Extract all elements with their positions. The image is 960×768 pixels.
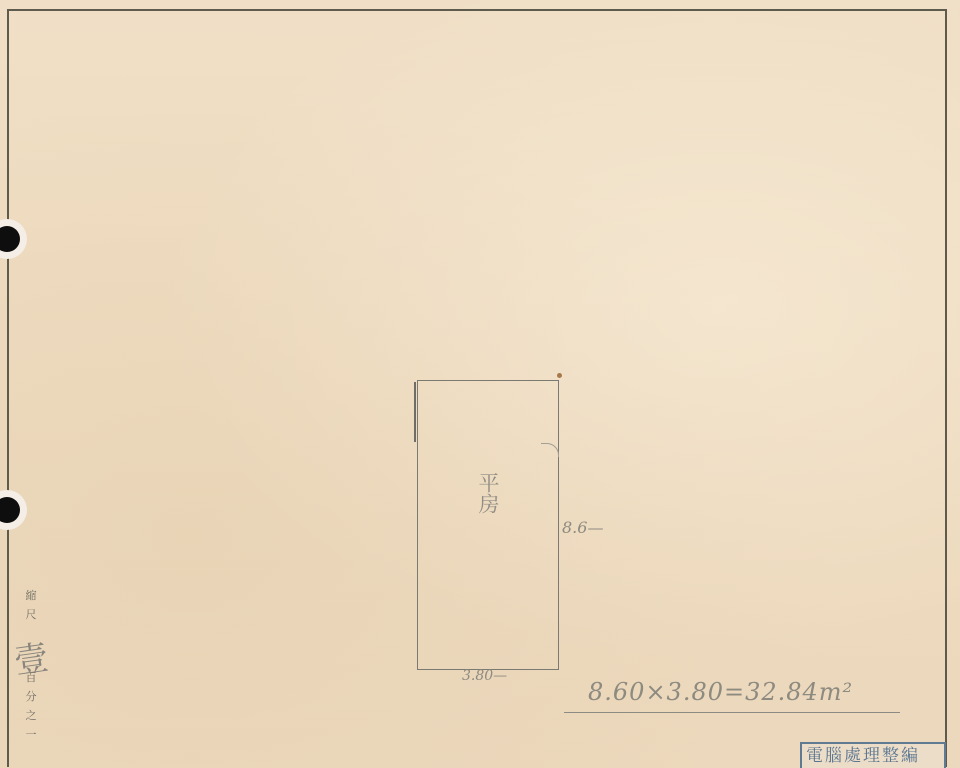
archive-stamp: 電腦處理整編 xyxy=(800,742,946,768)
scale-label: 縮 尺 xyxy=(18,586,44,624)
scale-char: 百 xyxy=(18,668,44,687)
area-calculation: 8.60×3.80=32.84m² xyxy=(588,678,853,706)
scale-char: 縮 xyxy=(18,586,44,605)
scale-char: 之 xyxy=(18,706,44,725)
building-edge-mark xyxy=(414,382,416,442)
scale-char: 分 xyxy=(18,687,44,706)
corner-marker-dot xyxy=(557,373,562,378)
scale-char: 一 xyxy=(18,725,44,744)
document-page: 平房 8.6— 3.80— 8.60×3.80=32.84m² 縮 尺 壹 百 … xyxy=(0,0,960,768)
scale-suffix: 百 分 之 一 xyxy=(18,668,44,744)
building-label: 平房 xyxy=(482,472,506,514)
area-underline xyxy=(564,712,900,713)
width-dimension: 3.80— xyxy=(462,668,507,684)
height-dimension: 8.6— xyxy=(562,518,603,537)
building-outline xyxy=(417,380,559,670)
scale-char: 尺 xyxy=(18,605,44,624)
